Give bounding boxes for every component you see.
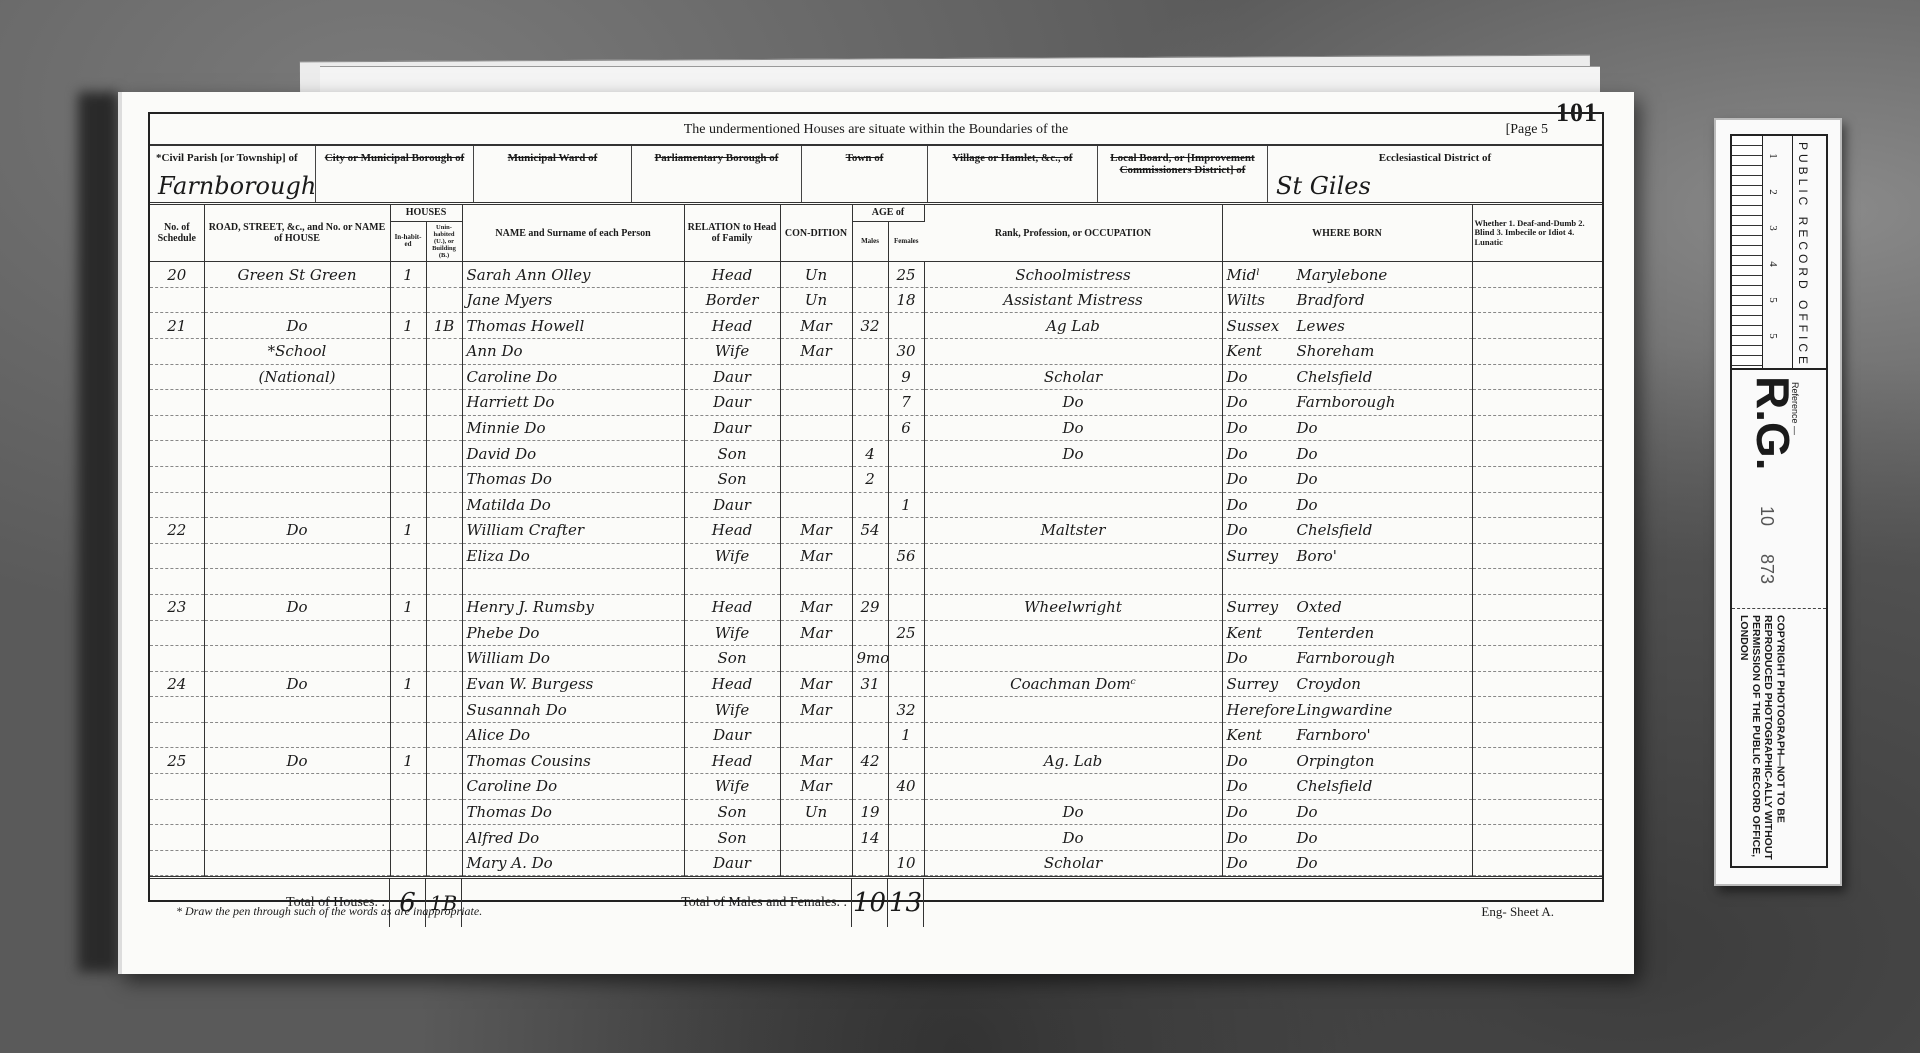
born-county: Do bbox=[1227, 368, 1297, 386]
born-county: Do bbox=[1227, 752, 1297, 770]
cell-born: DoDo bbox=[1222, 441, 1472, 467]
cell-female bbox=[888, 466, 924, 492]
cell-occupation bbox=[924, 492, 1222, 518]
cell-uninh bbox=[426, 415, 462, 441]
cell-uninh bbox=[426, 569, 462, 595]
table-row bbox=[150, 569, 1602, 595]
cell-male bbox=[852, 620, 888, 646]
cell-schedule bbox=[150, 415, 204, 441]
total-persons-label: Total of Males and Females. . bbox=[462, 879, 852, 927]
cell-schedule: 21 bbox=[150, 313, 204, 339]
cell-relation: Daur bbox=[684, 415, 780, 441]
form-title-row: The undermentioned Houses are situate wi… bbox=[150, 114, 1602, 146]
cell-infirm bbox=[1472, 748, 1602, 774]
cell-inh bbox=[390, 543, 426, 569]
cell-relation: Head bbox=[684, 671, 780, 697]
cell-condition: Mar bbox=[780, 774, 852, 800]
location-field: Local Board, or [Improvement Commissione… bbox=[1098, 146, 1268, 202]
sheet-id: Eng- Sheet A. bbox=[1481, 904, 1554, 920]
cell-occupation: Ag Lab bbox=[924, 313, 1222, 339]
cell-born: KentTenterden bbox=[1222, 620, 1472, 646]
cell-condition bbox=[780, 492, 852, 518]
cell-uninh bbox=[426, 825, 462, 851]
cell-infirm bbox=[1472, 364, 1602, 390]
cell-infirm bbox=[1472, 825, 1602, 851]
cell-male: 32 bbox=[852, 313, 888, 339]
cell-condition bbox=[780, 466, 852, 492]
location-value: Farnborough bbox=[158, 172, 316, 200]
piece-number: 10 bbox=[1756, 506, 1777, 526]
cell-schedule bbox=[150, 287, 204, 313]
born-county: Wilts bbox=[1227, 291, 1297, 309]
cell-name: Ann Do bbox=[462, 338, 684, 364]
born-place: Oxted bbox=[1297, 598, 1342, 616]
cell-condition: Mar bbox=[780, 594, 852, 620]
folio-reference: 873 bbox=[1756, 554, 1777, 584]
col-relation: RELATION to Head of Family bbox=[684, 205, 780, 262]
cell-schedule bbox=[150, 441, 204, 467]
cell-occupation: Coachman Domᶜ bbox=[924, 671, 1222, 697]
col-born: WHERE BORN bbox=[1222, 205, 1472, 262]
total-females: 13 bbox=[888, 879, 924, 927]
cell-inh bbox=[390, 569, 426, 595]
cell-male bbox=[852, 390, 888, 416]
cell-male bbox=[852, 492, 888, 518]
cell-relation: Son bbox=[684, 799, 780, 825]
cell-name: Thomas Cousins bbox=[462, 748, 684, 774]
cell-name: Caroline Do bbox=[462, 364, 684, 390]
table-row: Matilda DoDaur1DoDo bbox=[150, 492, 1602, 518]
table-row: Susannah DoWifeMar32HereforeLingwardine bbox=[150, 697, 1602, 723]
cell-infirm bbox=[1472, 594, 1602, 620]
cell-born: DoChelsfield bbox=[1222, 364, 1472, 390]
archive-name: PUBLIC RECORD OFFICE bbox=[1796, 142, 1810, 368]
cell-schedule bbox=[150, 543, 204, 569]
cell-road: Do bbox=[204, 518, 390, 544]
cell-schedule: 24 bbox=[150, 671, 204, 697]
cell-condition bbox=[780, 646, 852, 672]
cell-occupation bbox=[924, 466, 1222, 492]
cell-schedule bbox=[150, 390, 204, 416]
born-county: Sussex bbox=[1227, 317, 1297, 335]
col-uninhabited: Unin-habited (U.), or Building (B.) bbox=[426, 221, 462, 262]
cell-road bbox=[204, 646, 390, 672]
born-place: Do bbox=[1297, 496, 1318, 514]
cell-schedule bbox=[150, 774, 204, 800]
cell-schedule bbox=[150, 825, 204, 851]
cell-inh bbox=[390, 338, 426, 364]
born-place: Orpington bbox=[1297, 752, 1375, 770]
cell-name: William Crafter bbox=[462, 518, 684, 544]
location-field: Municipal Ward of bbox=[474, 146, 632, 202]
cell-uninh bbox=[426, 646, 462, 672]
cell-inh: 1 bbox=[390, 518, 426, 544]
cell-occupation bbox=[924, 569, 1222, 595]
born-county: Kent bbox=[1227, 726, 1297, 744]
cell-condition: Mar bbox=[780, 518, 852, 544]
born-county: Herefore bbox=[1227, 701, 1297, 719]
cell-occupation: Assistant Mistress bbox=[924, 287, 1222, 313]
cell-female: 18 bbox=[888, 287, 924, 313]
cell-inh: 1 bbox=[390, 671, 426, 697]
binding-shadow bbox=[78, 92, 118, 972]
cell-schedule bbox=[150, 492, 204, 518]
cell-female: 1 bbox=[888, 492, 924, 518]
cell-condition: Mar bbox=[780, 697, 852, 723]
cell-road bbox=[204, 850, 390, 876]
cell-female: 10 bbox=[888, 850, 924, 876]
col-females: Females bbox=[888, 221, 924, 262]
cell-road: Do bbox=[204, 594, 390, 620]
cell-road bbox=[204, 722, 390, 748]
cell-relation: Head bbox=[684, 748, 780, 774]
cell-schedule: 23 bbox=[150, 594, 204, 620]
cell-male: 54 bbox=[852, 518, 888, 544]
cell-schedule: 20 bbox=[150, 262, 204, 288]
col-males: Males bbox=[852, 221, 888, 262]
born-place: Croydon bbox=[1297, 675, 1361, 693]
born-county: Surrey bbox=[1227, 547, 1297, 565]
cell-occupation: Scholar bbox=[924, 364, 1222, 390]
cell-relation: Wife bbox=[684, 774, 780, 800]
cell-male bbox=[852, 364, 888, 390]
cell-uninh bbox=[426, 748, 462, 774]
ruler-mark: 1 bbox=[1767, 153, 1779, 159]
cell-female bbox=[888, 441, 924, 467]
born-place: Tenterden bbox=[1297, 624, 1375, 642]
cell-infirm bbox=[1472, 646, 1602, 672]
total-males: 10 bbox=[852, 879, 888, 927]
cell-male: 14 bbox=[852, 825, 888, 851]
location-label: Ecclesiastical District of bbox=[1268, 152, 1602, 164]
cell-infirm bbox=[1472, 697, 1602, 723]
born-place: Farnborough bbox=[1297, 393, 1396, 411]
cell-female bbox=[888, 671, 924, 697]
cell-uninh: 1B bbox=[426, 313, 462, 339]
cell-schedule bbox=[150, 646, 204, 672]
col-houses: HOUSES bbox=[390, 205, 462, 221]
cell-name: Mary A. Do bbox=[462, 850, 684, 876]
cell-condition bbox=[780, 364, 852, 390]
table-row: Minnie DoDaur6DoDoDo bbox=[150, 415, 1602, 441]
cell-schedule bbox=[150, 569, 204, 595]
table-row: Eliza DoWifeMar56SurreyBoro' bbox=[150, 543, 1602, 569]
col-condition: CON-DITION bbox=[780, 205, 852, 262]
cell-inh: 1 bbox=[390, 313, 426, 339]
cell-uninh bbox=[426, 594, 462, 620]
col-occupation: Rank, Profession, or OCCUPATION bbox=[924, 205, 1222, 262]
cell-male bbox=[852, 262, 888, 288]
col-age: AGE of bbox=[852, 205, 924, 221]
cell-road bbox=[204, 825, 390, 851]
cell-occupation: Do bbox=[924, 390, 1222, 416]
table-row: Phebe DoWifeMar25KentTenterden bbox=[150, 620, 1602, 646]
cell-female: 25 bbox=[888, 262, 924, 288]
cell-female bbox=[888, 646, 924, 672]
born-county: Midˡ bbox=[1227, 266, 1297, 284]
cell-male: 31 bbox=[852, 671, 888, 697]
cell-born: DoChelsfield bbox=[1222, 774, 1472, 800]
cell-condition bbox=[780, 850, 852, 876]
ruler-mark: 4 bbox=[1767, 261, 1779, 267]
location-header-row: *Civil Parish [or Township] ofFarnboroug… bbox=[150, 146, 1602, 205]
cell-occupation: Ag. Lab bbox=[924, 748, 1222, 774]
cell-female: 6 bbox=[888, 415, 924, 441]
cell-born: DoFarnborough bbox=[1222, 646, 1472, 672]
cell-female bbox=[888, 748, 924, 774]
cell-road: Do bbox=[204, 748, 390, 774]
cell-schedule bbox=[150, 466, 204, 492]
cell-uninh bbox=[426, 492, 462, 518]
cell-relation: Son bbox=[684, 825, 780, 851]
cell-male bbox=[852, 569, 888, 595]
cell-inh bbox=[390, 850, 426, 876]
cell-inh bbox=[390, 825, 426, 851]
cell-name: Thomas Do bbox=[462, 466, 684, 492]
cell-relation: Wife bbox=[684, 697, 780, 723]
born-county: Do bbox=[1227, 803, 1297, 821]
cell-born: DoOrpington bbox=[1222, 748, 1472, 774]
cell-inh bbox=[390, 697, 426, 723]
cell-road: Do bbox=[204, 671, 390, 697]
table-row: Thomas DoSonUn19DoDoDo bbox=[150, 799, 1602, 825]
cell-male bbox=[852, 287, 888, 313]
cell-relation: Son bbox=[684, 441, 780, 467]
cell-uninh bbox=[426, 671, 462, 697]
cell-inh bbox=[390, 492, 426, 518]
cell-condition: Un bbox=[780, 287, 852, 313]
cell-female: 7 bbox=[888, 390, 924, 416]
cell-infirm bbox=[1472, 390, 1602, 416]
born-county: Do bbox=[1227, 854, 1297, 872]
cell-condition bbox=[780, 415, 852, 441]
cell-name: Jane Myers bbox=[462, 287, 684, 313]
cell-inh bbox=[390, 287, 426, 313]
table-row: 23Do1Henry J. RumsbyHeadMar29Wheelwright… bbox=[150, 594, 1602, 620]
table-row: 20Green St Green1Sarah Ann OlleyHeadUn25… bbox=[150, 262, 1602, 288]
cell-relation: Wife bbox=[684, 338, 780, 364]
cell-born: DoChelsfield bbox=[1222, 518, 1472, 544]
cell-born: WiltsBradford bbox=[1222, 287, 1472, 313]
cell-male: 2 bbox=[852, 466, 888, 492]
cell-schedule bbox=[150, 722, 204, 748]
cell-occupation: Do bbox=[924, 799, 1222, 825]
table-row: 24Do1Evan W. BurgessHeadMar31Coachman Do… bbox=[150, 671, 1602, 697]
cell-uninh bbox=[426, 390, 462, 416]
cell-name: Eliza Do bbox=[462, 543, 684, 569]
cell-born: SussexLewes bbox=[1222, 313, 1472, 339]
table-row: 25Do1Thomas CousinsHeadMar42Ag. LabDoOrp… bbox=[150, 748, 1602, 774]
cell-relation: Daur bbox=[684, 722, 780, 748]
cell-road bbox=[204, 799, 390, 825]
born-place: Do bbox=[1297, 803, 1318, 821]
cell-male bbox=[852, 338, 888, 364]
cell-condition: Mar bbox=[780, 313, 852, 339]
born-county: Do bbox=[1227, 393, 1297, 411]
cell-occupation bbox=[924, 774, 1222, 800]
cell-female: 30 bbox=[888, 338, 924, 364]
archive-reference-label: 123455 PUBLIC RECORD OFFICE Reference — … bbox=[1714, 118, 1842, 886]
cell-uninh bbox=[426, 850, 462, 876]
cell-schedule bbox=[150, 338, 204, 364]
location-field: Parliamentary Borough of bbox=[632, 146, 802, 202]
location-label: Town of bbox=[802, 152, 927, 164]
col-road: ROAD, STREET, &c., and No. or NAME of HO… bbox=[204, 205, 390, 262]
page-label: [Page 5 bbox=[1506, 122, 1548, 138]
cell-infirm bbox=[1472, 518, 1602, 544]
cell-occupation: Do bbox=[924, 441, 1222, 467]
cell-condition: Un bbox=[780, 262, 852, 288]
cell-infirm bbox=[1472, 466, 1602, 492]
cell-born: MidˡMarylebone bbox=[1222, 262, 1472, 288]
cell-infirm bbox=[1472, 262, 1602, 288]
cell-uninh bbox=[426, 287, 462, 313]
table-row: William DoSon9moDoFarnborough bbox=[150, 646, 1602, 672]
cell-relation: Daur bbox=[684, 364, 780, 390]
cell-name: Matilda Do bbox=[462, 492, 684, 518]
cell-occupation: Wheelwright bbox=[924, 594, 1222, 620]
born-county: Do bbox=[1227, 496, 1297, 514]
cell-female bbox=[888, 825, 924, 851]
cell-condition: Mar bbox=[780, 671, 852, 697]
cell-name: Evan W. Burgess bbox=[462, 671, 684, 697]
location-field: City or Municipal Borough of bbox=[316, 146, 474, 202]
cell-infirm bbox=[1472, 287, 1602, 313]
cell-uninh bbox=[426, 441, 462, 467]
born-place: Lingwardine bbox=[1297, 701, 1393, 719]
cell-uninh bbox=[426, 774, 462, 800]
cell-born: KentShoreham bbox=[1222, 338, 1472, 364]
cell-relation: Daur bbox=[684, 850, 780, 876]
location-field: Ecclesiastical District ofSt Giles bbox=[1268, 146, 1602, 202]
cell-relation: Son bbox=[684, 646, 780, 672]
born-county: Do bbox=[1227, 829, 1297, 847]
born-place: Marylebone bbox=[1297, 266, 1388, 284]
cell-female: 40 bbox=[888, 774, 924, 800]
cell-born: SurreyBoro' bbox=[1222, 543, 1472, 569]
cell-inh bbox=[390, 646, 426, 672]
cell-road bbox=[204, 287, 390, 313]
col-inhabited: In-habit-ed bbox=[390, 221, 426, 262]
born-county: Do bbox=[1227, 777, 1297, 795]
born-place: Chelsfield bbox=[1297, 368, 1373, 386]
ruler-mark: 5 bbox=[1767, 297, 1779, 303]
cell-condition bbox=[780, 569, 852, 595]
cell-name: Minnie Do bbox=[462, 415, 684, 441]
cell-female: 32 bbox=[888, 697, 924, 723]
table-row: Thomas DoSon2DoDo bbox=[150, 466, 1602, 492]
cell-occupation bbox=[924, 646, 1222, 672]
cell-condition: Un bbox=[780, 799, 852, 825]
cell-uninh bbox=[426, 722, 462, 748]
born-county: Do bbox=[1227, 445, 1297, 463]
cell-schedule bbox=[150, 799, 204, 825]
cell-infirm bbox=[1472, 492, 1602, 518]
cell-road bbox=[204, 390, 390, 416]
location-label: Municipal Ward of bbox=[474, 152, 631, 164]
cell-schedule bbox=[150, 850, 204, 876]
cell-road: Do bbox=[204, 313, 390, 339]
cell-inh bbox=[390, 722, 426, 748]
cell-male bbox=[852, 543, 888, 569]
cell-name: Caroline Do bbox=[462, 774, 684, 800]
cell-uninh bbox=[426, 620, 462, 646]
cell-relation: Head bbox=[684, 313, 780, 339]
cell-infirm bbox=[1472, 774, 1602, 800]
born-place: Boro' bbox=[1297, 547, 1337, 565]
table-row: Mary A. DoDaur10ScholarDoDo bbox=[150, 850, 1602, 876]
cell-inh: 1 bbox=[390, 594, 426, 620]
location-label: Parliamentary Borough of bbox=[632, 152, 801, 164]
cell-schedule bbox=[150, 364, 204, 390]
born-county: Surrey bbox=[1227, 598, 1297, 616]
cell-relation bbox=[684, 569, 780, 595]
cell-name: Phebe Do bbox=[462, 620, 684, 646]
cell-infirm bbox=[1472, 569, 1602, 595]
cell-condition: Mar bbox=[780, 338, 852, 364]
table-row: *SchoolAnn DoWifeMar30KentShoreham bbox=[150, 338, 1602, 364]
cell-road bbox=[204, 441, 390, 467]
ruler-mark: 5 bbox=[1767, 333, 1779, 339]
cell-relation: Daur bbox=[684, 390, 780, 416]
cell-male: 29 bbox=[852, 594, 888, 620]
table-row: Alice DoDaur1KentFarnboro' bbox=[150, 722, 1602, 748]
cell-relation: Border bbox=[684, 287, 780, 313]
born-county: Do bbox=[1227, 521, 1297, 539]
cell-male bbox=[852, 850, 888, 876]
cell-occupation: Maltster bbox=[924, 518, 1222, 544]
cell-female: 25 bbox=[888, 620, 924, 646]
location-field: Town of bbox=[802, 146, 928, 202]
cell-inh bbox=[390, 620, 426, 646]
born-place: Do bbox=[1297, 829, 1318, 847]
cell-occupation: Do bbox=[924, 825, 1222, 851]
cell-road: *School bbox=[204, 338, 390, 364]
cell-relation: Wife bbox=[684, 543, 780, 569]
cell-female bbox=[888, 313, 924, 339]
cell-uninh bbox=[426, 364, 462, 390]
cell-name: Sarah Ann Olley bbox=[462, 262, 684, 288]
born-place: Do bbox=[1297, 445, 1318, 463]
cell-road bbox=[204, 543, 390, 569]
table-row: (National)Caroline DoDaur9ScholarDoChels… bbox=[150, 364, 1602, 390]
cell-inh bbox=[390, 799, 426, 825]
cell-relation: Head bbox=[684, 594, 780, 620]
cell-born: HereforeLingwardine bbox=[1222, 697, 1472, 723]
location-value: St Giles bbox=[1276, 172, 1371, 200]
born-place: Farnboro' bbox=[1297, 726, 1371, 744]
cell-occupation bbox=[924, 722, 1222, 748]
table-row: 21Do11BThomas HowellHeadMar32Ag LabSusse… bbox=[150, 313, 1602, 339]
table-row: 22Do1William CrafterHeadMar54MaltsterDoC… bbox=[150, 518, 1602, 544]
census-table: No. of Schedule ROAD, STREET, &c., and N… bbox=[150, 205, 1602, 876]
cell-born: DoDo bbox=[1222, 415, 1472, 441]
cell-schedule bbox=[150, 697, 204, 723]
cell-condition: Mar bbox=[780, 620, 852, 646]
cell-infirm bbox=[1472, 850, 1602, 876]
cell-relation: Son bbox=[684, 466, 780, 492]
cell-male: 9mo bbox=[852, 646, 888, 672]
cell-uninh bbox=[426, 543, 462, 569]
born-place: Do bbox=[1297, 470, 1318, 488]
cell-inh bbox=[390, 774, 426, 800]
cell-name: Alfred Do bbox=[462, 825, 684, 851]
cell-occupation: Scholar bbox=[924, 850, 1222, 876]
form-title: The undermentioned Houses are situate wi… bbox=[150, 122, 1602, 138]
cell-male: 19 bbox=[852, 799, 888, 825]
cell-inh bbox=[390, 441, 426, 467]
cell-road bbox=[204, 774, 390, 800]
